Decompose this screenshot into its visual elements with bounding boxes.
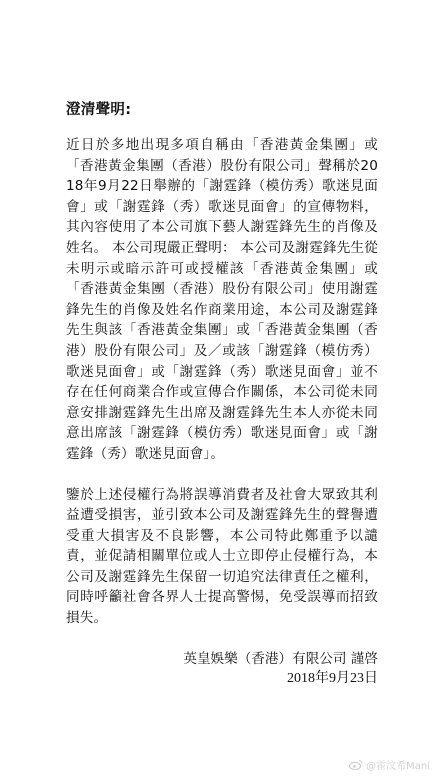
signature: 英皇娛樂（香港）有限公司 謹啓 <box>66 649 378 669</box>
statement-title: 澄清聲明: <box>66 98 378 119</box>
statement-date: 2018年9月23日 <box>66 669 378 689</box>
statement-paragraph-2: 鑒於上述侵權行為將誤導消費者及社會大眾致其利益遭受損害，並引致本公司及謝霆鋒先生… <box>66 485 378 629</box>
weibo-watermark: @霍汶希Mani <box>349 757 430 772</box>
statement-paragraph-1: 近日於多地出現多項自稱由「香港黃金集團」或「香港黃金集團（香港）股份有限公司」聲… <box>66 135 378 465</box>
watermark-text: @霍汶希Mani <box>366 757 430 772</box>
weibo-icon <box>349 759 363 770</box>
statement-document: 澄清聲明: 近日於多地出現多項自稱由「香港黃金集團」或「香港黃金集團（香港）股份… <box>66 98 378 689</box>
